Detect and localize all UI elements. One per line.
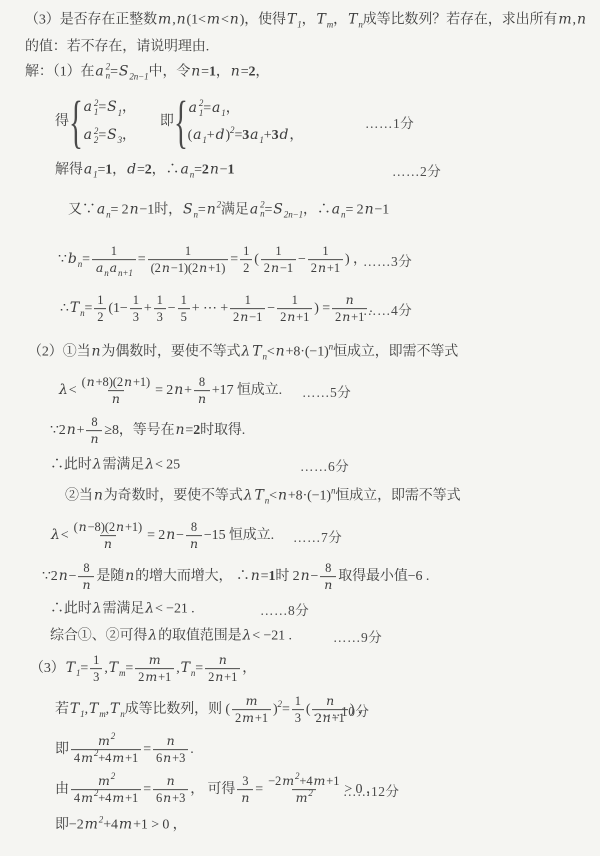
superscript: 2 [278,699,282,710]
math-text: ∵2 [42,568,58,586]
math-variable: m [295,792,309,806]
math-text: + ⋯ + [192,300,228,318]
fraction: 13 [130,293,142,325]
formula-line-05: 解得a1 = 1， d = 2 ，∴an = 2n−1 [55,161,234,179]
math-symbol: m2 [295,792,313,806]
math-symbol: bn [67,251,82,269]
fraction-numerator: 1 [319,244,331,259]
fraction-denominator: 2n+1 [205,669,240,685]
math-text: 为奇数时，要使不等式 [104,487,243,505]
math-variable: n [230,63,241,81]
math-symbol: m2 [281,774,299,788]
math-symbol: Tn [347,11,363,29]
fraction: 12n−1 [261,244,296,276]
fraction-denominator: anan+1 [92,260,136,276]
math-variable: a [211,100,221,118]
math-text: 2 [97,311,103,325]
math-variable: λ [144,600,155,618]
fraction-denominator: 3 [90,669,102,685]
score-mark: ……2分 [392,160,441,180]
math-text: 8 [83,561,89,575]
math-variable: n [111,393,121,407]
math-variable: n [229,11,240,29]
math-variable: b [67,251,78,269]
math-text: +1) [125,520,142,534]
math-text: 2 [193,422,200,440]
math-text: 1 [133,293,139,307]
math-variable: n [115,520,125,534]
math-variable: T [180,660,191,678]
math-text: 1 [157,293,163,307]
formula-line-08: ∴Tn = 12(1−13+13−15+ ⋯ +12n−1−12n+1) = n… [60,292,373,326]
math-variable: n [250,568,261,586]
math-text: + [77,422,85,440]
math-text: = [195,660,203,678]
math-variable: m [281,774,295,788]
fraction: n2n+1 [205,653,240,685]
fraction-numerator: n [342,293,358,308]
fraction-denominator: n [100,536,116,552]
brace-row: (a1+d)2 = 3a1+3d， [188,127,304,145]
math-variable: m [97,774,111,788]
math-text: 是随 [96,568,124,586]
fraction-numerator: m2 [94,774,118,789]
subscript: 2n−1 [129,71,148,82]
math-text: − [176,527,184,545]
math-variable: T [254,487,265,505]
math-text: = [234,127,242,145]
math-variable: n [124,568,135,586]
math-symbol: m2 [80,752,98,766]
math-variable: S [118,63,130,81]
fraction-denominator: 4m2+4m+1 [71,750,141,766]
math-text: 3 [157,311,163,325]
brace-row: a22 = S3， [83,127,136,146]
math-text: 1 [295,694,301,708]
fraction: (n−8)(2n+1)n [71,520,146,552]
math-text: = [138,251,146,269]
math-text: ∴此时 [50,456,92,474]
math-variable: n [197,393,207,407]
superscript: 2 [111,731,115,741]
fraction: 8n [320,561,336,593]
math-text: −1)(2 [171,262,198,276]
math-symbol: a21 [83,99,99,118]
fraction-denominator: n [186,536,202,552]
math-text: = [230,251,238,269]
math-text: < [69,382,77,400]
formula-line-11: ∵2n+8n≥8，等号在n = 2时取得. [50,414,245,448]
subscript: n [265,495,269,506]
math-text: 时取得. [200,422,245,440]
math-variable: n [239,311,249,325]
math-text: 2 [249,63,256,81]
math-text: 1 [181,293,187,307]
math-text: ， [112,161,126,179]
math-variable: n [198,262,208,276]
math-text: = [143,741,151,759]
math-variable: n [341,311,351,325]
math-text: +4 [299,774,312,788]
fraction-numerator: m [145,653,165,668]
math-text: −1 [374,201,389,219]
math-text: 中，令 [149,63,191,81]
math-symbol: S2n−1 [118,63,149,81]
math-text: +1) [133,375,150,389]
math-text: ，∴ [152,161,180,179]
math-variable: a [249,201,259,219]
fraction: n6n+3 [153,734,188,766]
math-text: 1 [228,161,235,179]
math-variable: n [300,568,311,586]
math-text: 恒成立，即需不等式 [333,343,458,361]
formula-line-04: 得{a21 = S1，a22 = S3，即{a21 = a1，(a1+d)2 =… [55,96,305,148]
math-symbol: m2 [97,734,115,748]
fraction-denominator: m2 [292,790,316,806]
fraction-denominator: n [320,577,336,593]
math-text: 3 [242,774,248,788]
math-symbol: a2n [94,63,110,82]
formula-line-03: 解：（1）在a2n = S2n−1 中，令n = 1，n = 2 ， [25,63,269,82]
subscript: m [119,668,125,679]
math-text: 1 [105,161,112,179]
fraction-denominator: 2 [240,260,252,276]
math-text: 3 [242,127,249,145]
math-variable: m [144,671,158,685]
math-symbol: T1 [69,701,85,719]
math-text: = [241,63,249,81]
math-variable: n [81,579,91,593]
math-text: ( [306,701,311,719]
math-text: = [185,422,193,440]
fraction-numerator: n [163,734,179,749]
math-solution-document: （3）是否存在正整数 m, n (1< m < n)，使得T1，Tm，Tn成等比… [0,0,600,856]
math-text: ， [122,127,136,145]
math-symbol: Tn [254,487,270,505]
fraction: 8n [194,375,210,407]
math-text: +1 [158,671,171,685]
math-variable: n [218,653,228,667]
math-symbol: an [179,161,194,179]
score-mark: ……4分 [363,299,412,319]
subscript: m [327,19,333,30]
math-symbol: an [96,201,111,219]
math-symbol: Sn [182,201,198,219]
fraction-denominator: 2n−1 [261,260,296,276]
math-text: +8)(2 [96,375,123,389]
math-text: 1 [243,244,249,258]
math-variable: m [118,816,133,834]
math-variable: n [275,343,286,361]
formula-line-13: ②当n为奇数时，要使不等式λTn < n+8·(−1)n恒成立，即需不等式 [65,487,460,505]
brace-row: a21 = S1， [83,99,136,118]
fraction: n2n+1 [332,293,367,325]
fraction: 8n [78,561,94,593]
math-variable: m [111,752,125,766]
math-text: 时 2 [275,568,299,586]
math-text: 1 [245,293,251,307]
math-text: ， [255,63,269,81]
math-text: = [137,161,145,179]
math-text: 1 [209,63,216,81]
math-text: 若 [55,701,69,719]
math-text: = [82,251,90,269]
math-text: 1 [111,244,117,258]
fraction-numerator: 1 [178,293,190,308]
math-text: (1< [187,11,206,29]
subscript: n [194,209,198,220]
math-text: ) = [314,300,330,318]
score-mark: ……10分 [313,700,370,720]
superscript: n [331,485,335,496]
math-text: 成等比数列，则 ( [125,701,230,719]
math-text: 即 [55,741,69,759]
subscript: 1 [80,709,84,720]
math-variable: T [109,701,120,719]
math-text: 1 [275,244,281,258]
subscript: n [80,308,84,319]
math-symbol: m2 [97,774,115,788]
math-text: < 25 [155,456,180,474]
math-symbol: Tn [109,701,125,719]
math-variable: n [206,201,217,219]
math-text: < [61,527,69,545]
math-text: 综合①、②可得 [50,627,147,645]
math-variable: λ [147,627,158,645]
brace-system: {a21 = S1，a22 = S3， [71,96,136,148]
fraction-numerator: n [215,653,231,668]
brace-rows: a21 = a1，(a1+d)2 = 3a1+3d， [188,99,304,144]
fraction: (n+8)(2n+1)n [79,375,154,407]
score-mark: ……1分 [365,112,414,132]
math-variable: a [95,262,104,276]
math-text: < [269,487,277,505]
fraction-denominator: 3 [154,309,166,325]
math-text: ∴ [60,300,69,318]
math-text: 成等比数列？若存在，求出所有 [363,11,558,29]
fraction: 8n [186,520,202,552]
math-variable: d [126,161,137,179]
math-text: = [98,127,106,145]
formula-line-14: λ < (n−8)(2n+1)n = 2n−8n−15 恒成立. [50,519,274,553]
brace-system: {a21 = a1，(a1+d)2 = 3a1+3d， [176,96,303,148]
math-text: 2 [243,262,249,276]
math-variable: n [173,382,184,400]
fraction-denominator: 6n+3 [153,790,188,806]
fraction-numerator: 1 [272,244,284,259]
math-text: 3 [93,671,99,685]
fraction-denominator: 4m2+4m+1 [71,790,141,806]
math-variable: T [286,11,297,29]
math-variable: λ [92,456,103,474]
fraction-denominator: n [237,790,253,806]
fraction-denominator: 6n+3 [153,750,188,766]
math-variable: n [86,375,96,389]
fraction-numerator: 1 [289,293,301,308]
formula-line-16: ∴此时λ 需满足λ < −21 . [50,600,195,618]
math-text: ， [242,660,256,678]
math-text: 1 [322,244,328,258]
math-variable: a [249,127,259,145]
subscript: 1 [297,19,301,30]
math-variable: λ [240,343,251,361]
fraction: 1anan+1 [92,244,136,276]
math-variable: m [206,11,221,29]
math-variable: m [157,11,172,29]
formula-line-10: λ < (n+8)(2n+1)n = 2n+8n+17 恒成立. [58,374,282,408]
math-text: ②当 [65,487,93,505]
math-text: = [84,300,92,318]
math-variable: T [65,660,76,678]
math-text: +4 [98,752,111,766]
math-text: 即 [160,113,174,131]
math-text: = [282,701,290,719]
fraction-numerator: m2 [94,734,118,749]
math-variable: λ [58,382,69,400]
math-text: = [255,781,263,799]
fraction-numerator: m [242,694,262,709]
fraction: 12 [94,293,106,325]
math-variable: n [323,579,333,593]
math-variable: a [331,201,341,219]
subscript: n [190,169,194,180]
math-variable: m [148,653,162,667]
math-text: = [198,201,206,219]
math-symbol: Tn [180,660,196,678]
math-text: ， 可得 [190,781,235,799]
math-symbol: a1 [192,127,207,145]
math-variable: S [106,127,118,145]
math-variable: a [188,100,198,118]
fraction-numerator: 1 [130,293,142,308]
math-text: + [264,127,272,145]
math-text: 的取值范围是 [158,627,241,645]
math-variable: n [166,734,176,748]
math-variable: n [576,11,587,29]
math-text: 3 [295,712,301,726]
math-variable: λ [144,456,155,474]
math-text: +4 [98,792,111,806]
math-text: = [80,660,88,678]
fraction-numerator: 1 [240,244,252,259]
math-variable: T [88,701,99,719]
formula-line-06: 又∵an = 2n−1时， Sn = n2满足a2n = S2n−1，∴an =… [68,201,389,220]
math-text: = [110,63,118,81]
subscript: 2n−1 [284,209,303,220]
fraction-numerator: 1 [94,293,106,308]
math-text: 2 [202,161,209,179]
fraction: 12 [240,244,252,276]
math-variable: m [557,11,572,29]
math-text: < −21 . [155,600,195,618]
subscript: n [104,269,108,279]
superscript: 2 [308,789,312,799]
subscript: n+1 [118,269,133,279]
math-variable: n [161,262,171,276]
math-variable: n [93,487,104,505]
math-text: (1− [108,300,127,318]
math-text: +3 [172,752,185,766]
fraction: 12n+1 [308,244,343,276]
math-symbol: Tm [316,11,334,29]
math-variable: n [286,311,296,325]
math-text: 5 [181,311,187,325]
math-text: = [261,568,269,586]
math-symbol: a21 [188,99,204,118]
math-variable: S [106,99,118,117]
math-symbol: an [331,201,346,219]
math-text: 8 [91,415,97,429]
math-text: = [203,100,211,118]
math-text: = 2 [345,201,363,219]
math-text: +8·(−1) [286,343,329,361]
math-variable: n [66,422,77,440]
math-variable: T [316,11,327,29]
fraction: 13 [154,293,166,325]
math-text: = [194,161,202,179]
math-text: = 2 [147,527,165,545]
superscript: 2 [111,771,115,781]
math-variable: n [123,375,133,389]
fraction: m2m+1 [135,653,174,685]
math-variable: n [162,792,172,806]
fraction-numerator: 8 [196,375,208,390]
math-text: ， [333,11,347,29]
fraction-numerator: 1 [108,244,120,259]
fraction-numerator: 8 [188,520,200,535]
fraction-numerator: 1 [292,694,304,709]
math-variable: S [182,201,194,219]
math-variable: n [91,343,102,361]
math-text: 满足 [221,201,249,219]
math-text: ∴此时 [50,600,92,618]
math-symbol: Tm [108,660,126,678]
math-text: = [201,63,209,81]
math-text: （3） [30,660,65,678]
math-variable: λ [50,527,61,545]
score-mark: ……12分 [343,780,400,800]
math-text: +8·(−1) [288,487,331,505]
math-symbol: m2 [80,792,98,806]
fraction-denominator: (2n−1)(2n+1) [148,260,229,276]
fraction: m24m2+4m+1 [71,734,141,766]
subscript: 1 [202,135,206,146]
fraction-denominator: 2n+1 [332,309,367,325]
math-text: +1 [125,752,138,766]
math-text: −1 [280,262,293,276]
superscript: 2 [94,749,98,759]
subscript: n [262,351,266,362]
math-variable: n [240,792,250,806]
math-text: 2 [145,161,152,179]
subscript: n [78,259,82,270]
math-variable: λ [243,487,254,505]
math-symbol: S2n−1 [272,201,303,219]
formula-line-02: 的值：若不存在，请说明理由. [25,38,209,56]
math-variable: T [108,660,119,678]
math-text: ， [226,100,240,118]
math-text: 1 [268,568,275,586]
brace-row: a21 = a1， [188,99,304,118]
formula-line-01: （3）是否存在正整数 m, n (1< m < n)，使得T1，Tm，Tn成等比… [25,11,587,29]
math-variable: a [192,127,202,145]
score-mark: ……7分 [293,526,342,546]
math-text: ， [302,11,316,29]
fraction-denominator: n [108,391,124,407]
math-variable: λ [92,600,103,618]
subscript: 1 [118,107,122,118]
fraction: 1(2n−1)(2n+1) [148,244,229,276]
